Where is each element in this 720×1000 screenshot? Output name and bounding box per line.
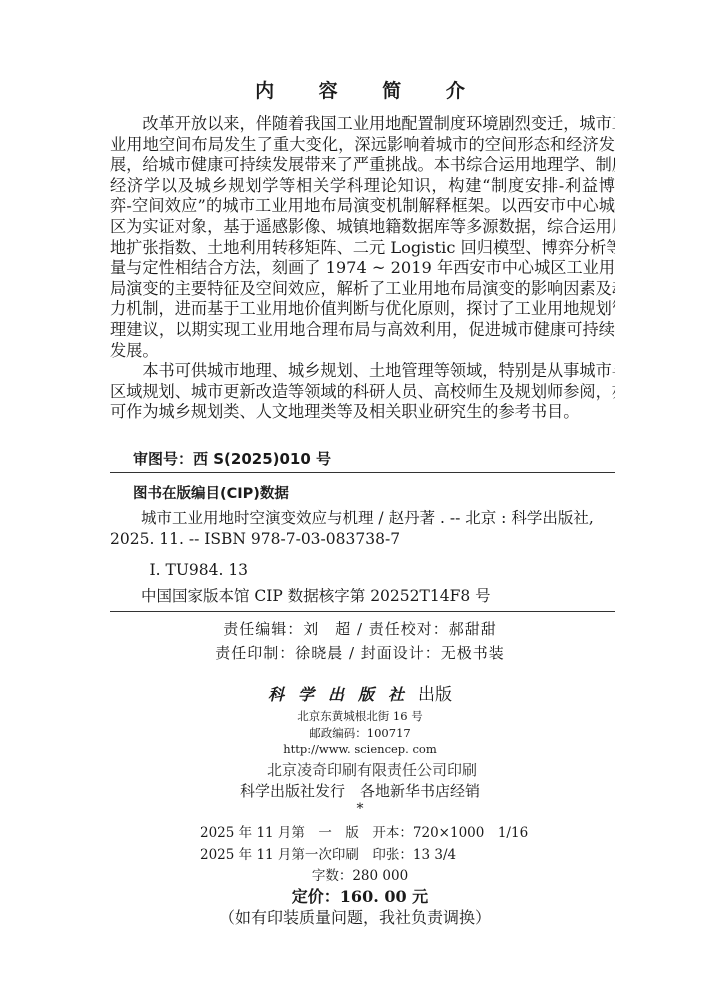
publisher-website: http://www. sciencep. com xyxy=(0,742,720,756)
text-line: 经济学以及城乡规划学等相关学科理论知识，构建“制度安排-利益博 xyxy=(110,176,615,197)
publisher-logo-line: 科学出版社出版 xyxy=(0,680,720,705)
cip-classification: Ⅰ. TU984. 13 xyxy=(134,558,248,580)
publisher-address: 北京东黄城根北街 16 号 xyxy=(0,708,720,724)
publish-label: 出版 xyxy=(418,685,452,705)
word-count: 字数：280 000 xyxy=(0,864,720,884)
text-line: 力机制，进而基于工业用地价值判断与优化原则，探讨了工业用地规划管 xyxy=(110,299,615,320)
publisher-logo: 科学出版社 xyxy=(268,685,418,704)
map-review-number: 审图号：西 S(2025)010 号 xyxy=(133,448,331,469)
text-line: 区域规划、城市更新改造等领域的科研人员、高校师生及规划师参阅，亦 xyxy=(110,382,615,403)
quality-notice: （如有印装质量问题，我社负责调换） xyxy=(0,905,715,928)
printer-info: 北京凌奇印刷有限责任公司印刷 xyxy=(12,759,720,780)
text-line: 弈-空间效应”的城市工业用地布局演变机制解释框架。以西安市中心城 xyxy=(110,196,615,217)
editorial-staff-line-2: 责任印制：徐晓晨 / 封面设计：无极书装 xyxy=(0,642,720,663)
text-line: 展，给城市健康可持续发展带来了严重挑战。本书综合运用地理学、制度 xyxy=(110,155,615,176)
publisher-postcode: 邮政编码：100717 xyxy=(0,725,720,741)
distribution-info: 科学出版社发行 各地新华书店经销 xyxy=(0,780,720,801)
cip-heading: 图书在版编目(CIP)数据 xyxy=(133,482,289,503)
text-line: 业用地空间布局发生了重大变化，深远影响着城市的空间形态和经济发 xyxy=(110,135,615,156)
printing-info: 2025 年 11 月第一次印刷 印张：13 3/4 xyxy=(200,843,456,863)
separator-asterisk: * xyxy=(0,801,720,817)
text-line: 地扩张指数、土地利用转移矩阵、二元 Logistic 回归模型、博弈分析等定 xyxy=(110,238,615,259)
divider-top xyxy=(110,472,615,473)
text-line: 量与定性相结合方法，刻画了 1974 ~ 2019 年西安市中心城区工业用地布 xyxy=(110,258,615,279)
cip-verification-number: 中国国家版本馆 CIP 数据核字第 20252T14F8 号 xyxy=(110,584,491,606)
text-line: 改革开放以来，伴随着我国工业用地配置制度环境剧烈变迁，城市工 xyxy=(110,114,615,135)
cip-entry-line-2: 2025. 11. -- ISBN 978-7-03-083738-7 xyxy=(110,530,400,548)
text-line: 理建议，以期实现工业用地合理布局与高效利用，促进城市健康可持续 xyxy=(110,320,615,341)
price: 定价：160. 00 元 xyxy=(0,884,720,907)
cip-entry-line-1: 城市工业用地时空演变效应与机理 / 赵丹著 . -- 北京 : 科学出版社, xyxy=(110,506,594,528)
text-line: 发展。 xyxy=(110,341,615,362)
text-line: 区为实证对象，基于遥感影像、城镇地籍数据库等多源数据，综合运用用 xyxy=(110,217,615,238)
text-line: 局演变的主要特征及空间效应，解析了工业用地布局演变的影响因素及动 xyxy=(110,279,615,300)
divider-bottom xyxy=(110,611,615,612)
text-line: 本书可供城市地理、城乡规划、土地管理等领域，特别是从事城市与 xyxy=(110,361,615,382)
edition-info: 2025 年 11 月第 一 版 开本：720×1000 1/16 xyxy=(200,821,528,841)
page-title: 内 容 简 介 xyxy=(0,76,720,103)
editorial-staff-line-1: 责任编辑：刘 超 / 责任校对：郝甜甜 xyxy=(0,618,720,639)
text-line: 可作为城乡规划类、人文地理类等及相关职业研究生的参考书目。 xyxy=(110,402,615,423)
